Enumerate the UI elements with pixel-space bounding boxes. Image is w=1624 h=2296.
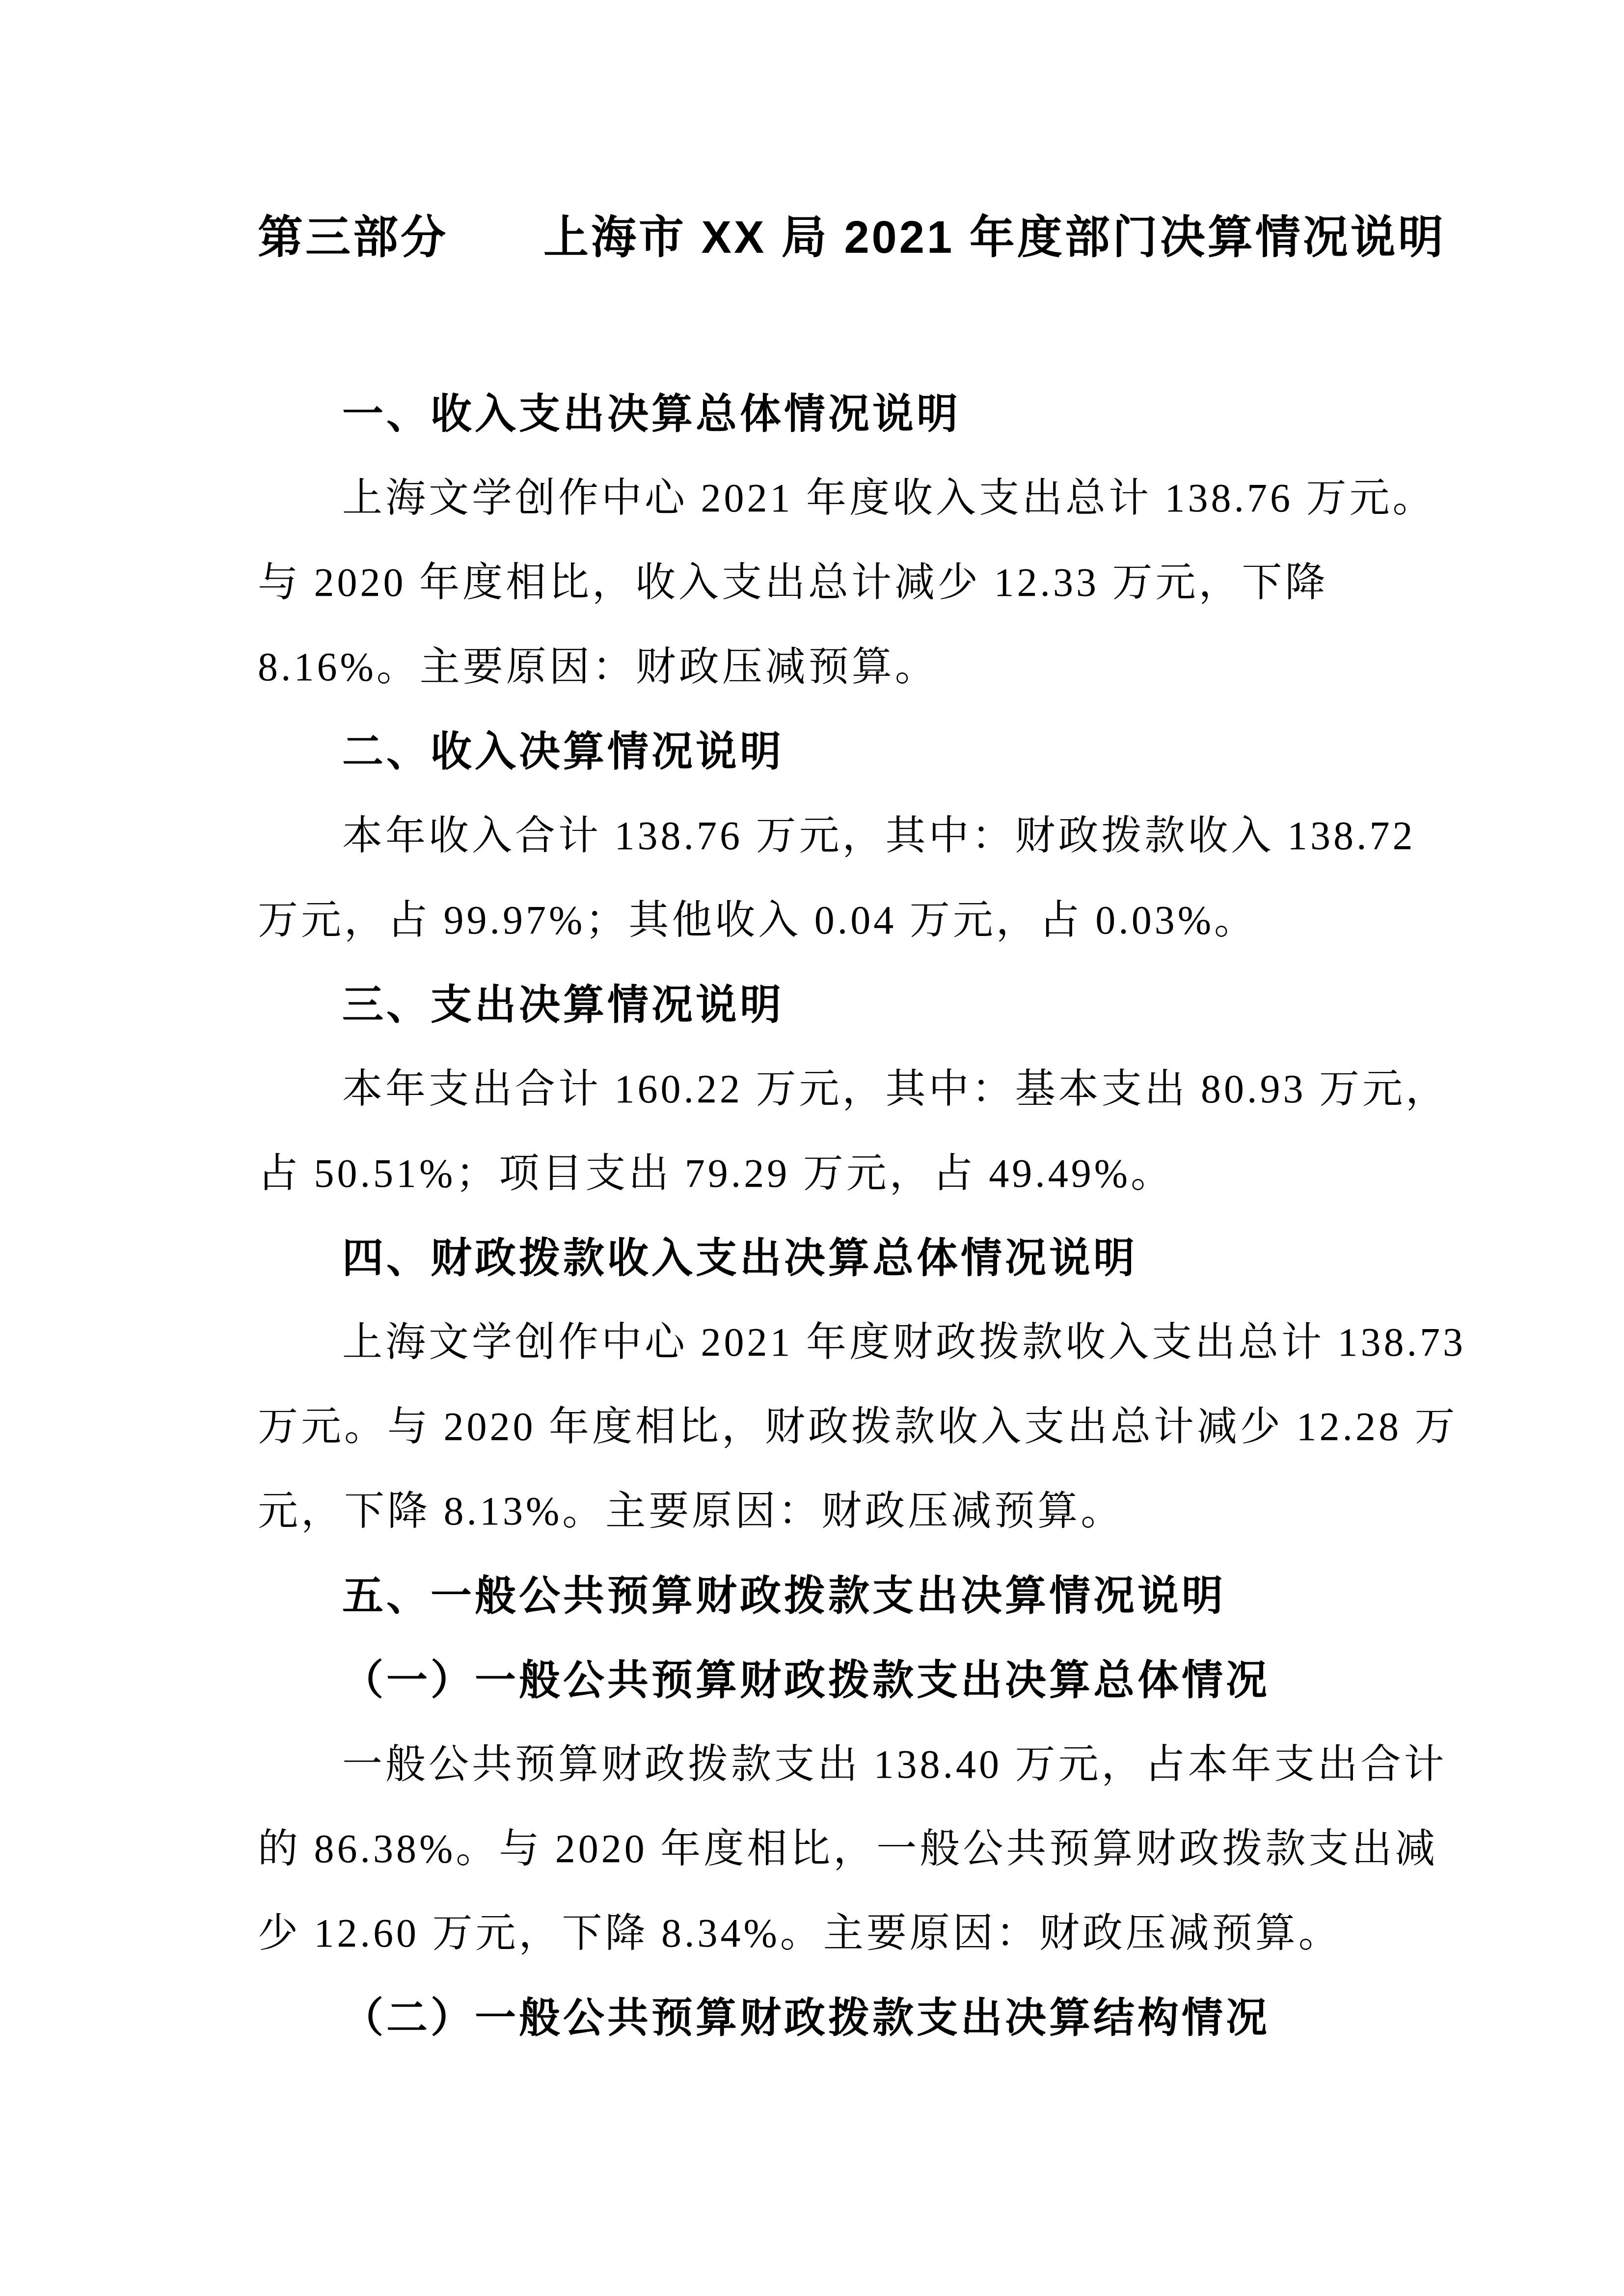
sub-heading: （二）一般公共预算财政拨款支出决算结构情况 xyxy=(258,1976,1366,2060)
document-title: 第三部分 上海市 XX 局 2021 年度部门决算情况说明 xyxy=(258,195,1366,280)
paragraph-line: 本年收入合计 138.76 万元，其中：财政拨款收入 138.72 xyxy=(258,794,1366,878)
paragraph-line: 本年支出合计 160.22 万元，其中：基本支出 80.93 万元， xyxy=(258,1047,1366,1131)
sub-heading: （一）一般公共预算财政拨款支出决算总体情况 xyxy=(258,1638,1366,1722)
paragraph-line: 占 50.51%；项目支出 79.29 万元，占 49.49%。 xyxy=(258,1131,1366,1216)
section-heading: 三、支出决算情况说明 xyxy=(258,962,1366,1047)
paragraph-line: 万元。与 2020 年度相比，财政拨款收入支出总计减少 12.28 万 xyxy=(258,1385,1366,1469)
section-heading: 五、一般公共预算财政拨款支出决算情况说明 xyxy=(258,1553,1366,1638)
paragraph-line: 元，下降 8.13%。主要原因：财政压减预算。 xyxy=(258,1469,1366,1553)
paragraph-line: 的 86.38%。与 2020 年度相比，一般公共预算财政拨款支出减 xyxy=(258,1807,1366,1891)
paragraph-line: 与 2020 年度相比，收入支出总计减少 12.33 万元，下降 xyxy=(258,540,1366,625)
paragraph-line: 一般公共预算财政拨款支出 138.40 万元，占本年支出合计 xyxy=(258,1722,1366,1807)
paragraph-line: 8.16%。主要原因：财政压减预算。 xyxy=(258,625,1366,709)
section-heading: 四、财政拨款收入支出决算总体情况说明 xyxy=(258,1216,1366,1300)
paragraph-line: 上海文学创作中心 2021 年度收入支出总计 138.76 万元。 xyxy=(258,456,1366,540)
section-heading: 二、收入决算情况说明 xyxy=(258,709,1366,794)
paragraph-line: 少 12.60 万元，下降 8.34%。主要原因：财政压减预算。 xyxy=(258,1891,1366,1976)
section-heading: 一、收入支出决算总体情况说明 xyxy=(258,372,1366,456)
document-page: 第三部分 上海市 XX 局 2021 年度部门决算情况说明 一、收入支出决算总体… xyxy=(0,0,1624,2296)
paragraph-line: 万元，占 99.97%；其他收入 0.04 万元，占 0.03%。 xyxy=(258,878,1366,962)
paragraph-line: 上海文学创作中心 2021 年度财政拨款收入支出总计 138.73 xyxy=(258,1300,1366,1385)
